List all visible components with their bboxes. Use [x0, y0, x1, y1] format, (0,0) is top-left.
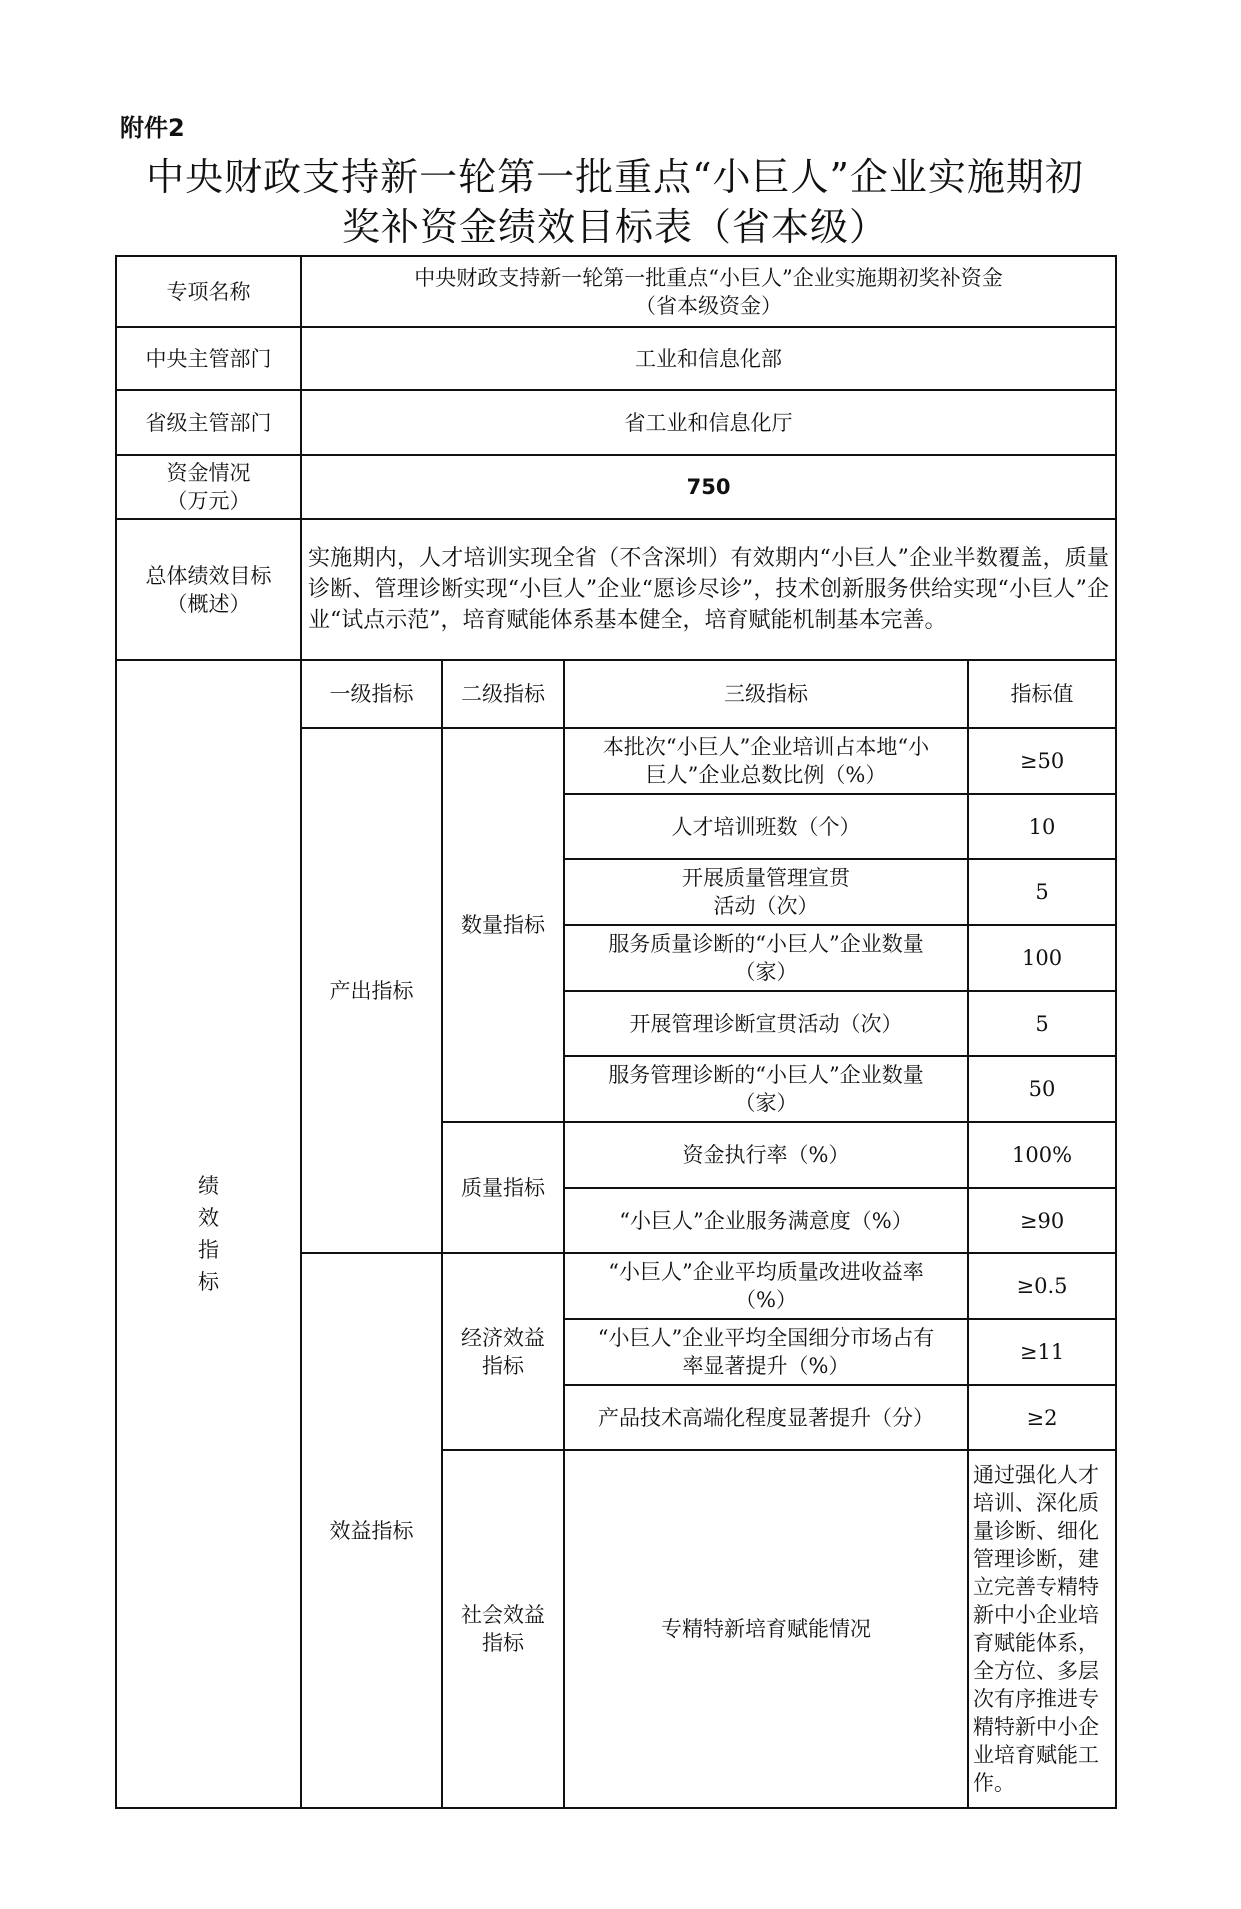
level3-cell: 资金执行率（%）	[564, 1122, 968, 1188]
value-cell: 10	[968, 794, 1116, 859]
level2-quality: 质量指标	[442, 1122, 564, 1253]
row-project-name: 专项名称 中央财政支持新一轮第一批重点“小巨人”企业实施期初奖补资金 （省本级资…	[116, 256, 1116, 327]
level1-benefit: 效益指标	[301, 1253, 442, 1808]
label-provincial-department: 省级主管部门	[116, 390, 301, 455]
level3-cell: 本批次“小巨人”企业培训占本地“小 巨人”企业总数比例（%）	[564, 728, 968, 794]
header-level1: 一级指标	[301, 660, 442, 728]
perf-section-label: 绩 效 指 标	[116, 660, 301, 1808]
level2-social: 社会效益 指标	[442, 1450, 564, 1808]
label-overall-goal: 总体绩效目标 （概述）	[116, 519, 301, 660]
level3-cell: 开展质量管理宣贯 活动（次）	[564, 859, 968, 925]
value-provincial-department: 省工业和信息化厅	[301, 390, 1116, 455]
level3-cell: “小巨人”企业服务满意度（%）	[564, 1188, 968, 1253]
level1-output: 产出指标	[301, 728, 442, 1253]
value-overall-goal: 实施期内，人才培训实现全省（不含深圳）有效期内“小巨人”企业半数覆盖，质量诊断、…	[301, 519, 1116, 660]
value-cell: 100	[968, 925, 1116, 991]
title-line-1: 中央财政支持新一轮第一批重点“小巨人”企业实施期初	[115, 152, 1115, 202]
header-value: 指标值	[968, 660, 1116, 728]
value-cell: 5	[968, 859, 1116, 925]
level3-cell: “小巨人”企业平均质量改进收益率 （%）	[564, 1253, 968, 1319]
value-cell: 通过强化人才培训、深化质量诊断、细化管理诊断，建立完善专精特新中小企业培育赋能体…	[968, 1450, 1116, 1808]
level3-cell: 服务管理诊断的“小巨人”企业数量 （家）	[564, 1056, 968, 1122]
page-title: 中央财政支持新一轮第一批重点“小巨人”企业实施期初 奖补资金绩效目标表（省本级）	[115, 152, 1115, 252]
level3-cell: 开展管理诊断宣贯活动（次）	[564, 991, 968, 1056]
header-level3: 三级指标	[564, 660, 968, 728]
value-cell: ≥90	[968, 1188, 1116, 1253]
label-funding: 资金情况 （万元）	[116, 455, 301, 519]
value-funding: 750	[301, 455, 1116, 519]
row-central-department: 中央主管部门 工业和信息化部	[116, 327, 1116, 390]
perf-header-row: 绩 效 指 标 一级指标 二级指标 三级指标 指标值	[116, 660, 1116, 728]
level3-cell: 专精特新培育赋能情况	[564, 1450, 968, 1808]
level3-cell: 人才培训班数（个）	[564, 794, 968, 859]
value-cell: 50	[968, 1056, 1116, 1122]
level3-cell: 产品技术高端化程度显著提升（分）	[564, 1385, 968, 1450]
attachment-label: 附件2	[120, 108, 185, 143]
value-cell: 100%	[968, 1122, 1116, 1188]
label-project-name: 专项名称	[116, 256, 301, 327]
value-central-department: 工业和信息化部	[301, 327, 1116, 390]
value-cell: ≥11	[968, 1319, 1116, 1385]
header-level2: 二级指标	[442, 660, 564, 728]
title-line-2: 奖补资金绩效目标表（省本级）	[115, 202, 1115, 252]
value-cell: ≥2	[968, 1385, 1116, 1450]
level3-cell: 服务质量诊断的“小巨人”企业数量 （家）	[564, 925, 968, 991]
value-cell: ≥0.5	[968, 1253, 1116, 1319]
value-cell: ≥50	[968, 728, 1116, 794]
value-cell: 5	[968, 991, 1116, 1056]
row-funding: 资金情况 （万元） 750	[116, 455, 1116, 519]
level3-cell: “小巨人”企业平均全国细分市场占有 率显著提升（%）	[564, 1319, 968, 1385]
value-project-name: 中央财政支持新一轮第一批重点“小巨人”企业实施期初奖补资金 （省本级资金）	[301, 256, 1116, 327]
row-provincial-department: 省级主管部门 省工业和信息化厅	[116, 390, 1116, 455]
level2-quantity: 数量指标	[442, 728, 564, 1122]
performance-target-table: 专项名称 中央财政支持新一轮第一批重点“小巨人”企业实施期初奖补资金 （省本级资…	[115, 255, 1117, 1809]
row-overall-goal: 总体绩效目标 （概述） 实施期内，人才培训实现全省（不含深圳）有效期内“小巨人”…	[116, 519, 1116, 660]
label-central-department: 中央主管部门	[116, 327, 301, 390]
level2-economic: 经济效益 指标	[442, 1253, 564, 1450]
